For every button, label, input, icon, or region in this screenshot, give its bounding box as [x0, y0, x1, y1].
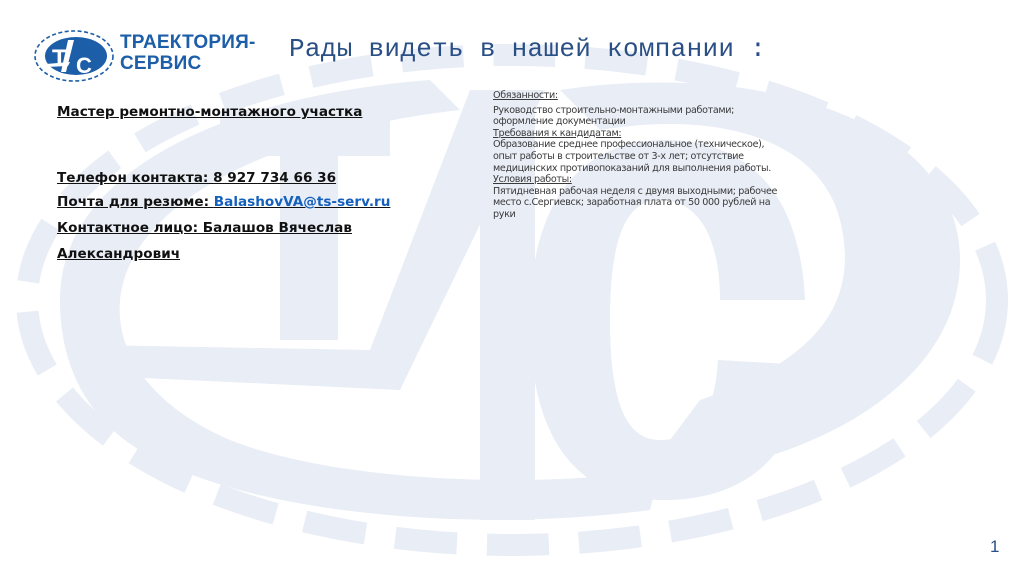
vacancy-details: Обязанности: Руководство строительно-мон…	[493, 90, 783, 221]
slide-title: Рады видеть в нашей компании :	[289, 34, 766, 64]
contact-person: Контактное лицо: Балашов Вячеслав	[57, 220, 352, 236]
contact-person-line2: Александрович	[57, 246, 180, 262]
company-logo: T C ТРАЕКТОРИЯ- СЕРВИС	[32, 28, 264, 84]
email-link[interactable]: BalashovVA@ts-serv.ru	[214, 194, 391, 210]
email-label: Почта для резюме:	[57, 194, 214, 210]
duties-text: Руководство строительно-монтажными работ…	[493, 105, 783, 128]
watermark-logo-icon	[0, 0, 1024, 574]
company-name: ТРАЕКТОРИЯ- СЕРВИС	[120, 32, 256, 74]
phone-contact: Телефон контакта: 8 927 734 66 36	[57, 170, 336, 186]
conditions-heading: Условия работы:	[493, 174, 783, 186]
company-name-line1: ТРАЕКТОРИЯ-	[120, 32, 256, 53]
tc-logo-icon: T C	[32, 28, 116, 84]
requirements-heading: Требования к кандидатам:	[493, 128, 783, 140]
position-title: Мастер ремонтно-монтажного участка	[57, 104, 362, 120]
duties-heading: Обязанности:	[493, 90, 783, 102]
page-number: 1	[990, 537, 999, 557]
requirements-text: Образование среднее профессиональное (те…	[493, 139, 783, 174]
svg-text:C: C	[76, 53, 92, 78]
slide: T C ТРАЕКТОРИЯ- СЕРВИС Рады видеть в наш…	[0, 0, 1024, 574]
company-name-line2: СЕРВИС	[120, 53, 256, 74]
conditions-text: Пятидневная рабочая неделя с двумя выход…	[493, 186, 783, 221]
email-contact: Почта для резюме: BalashovVA@ts-serv.ru	[57, 194, 390, 210]
